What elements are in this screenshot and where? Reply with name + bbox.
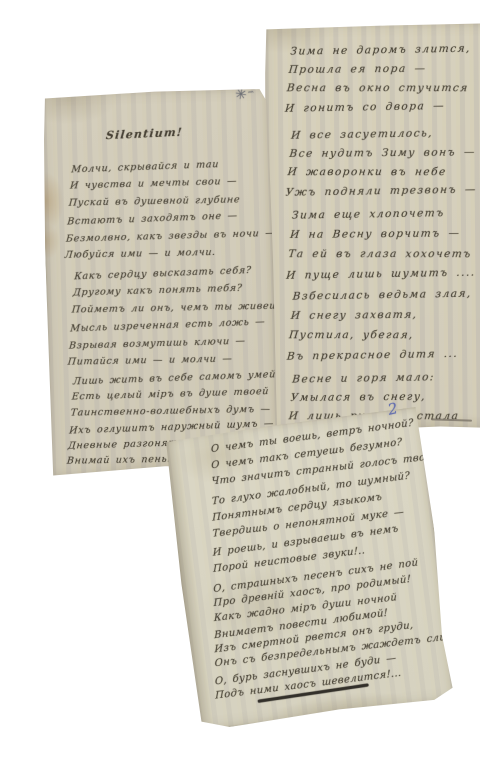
manuscript-line: Пустила, убегая, <box>288 325 469 345</box>
manuscript-page-zima: 5 Зима не даромъ злится, Прошла ея пора … <box>263 22 480 432</box>
manuscript-line: И на Весну ворчитъ — <box>289 223 480 245</box>
stanza: Какъ сердцу высказать себя? Другому какъ… <box>67 261 294 372</box>
manuscript-page-silentium: ✳‴‵ Silentium! Молчи, скрывайся и таи И … <box>41 87 280 477</box>
stanza: Зима не даромъ злится, Прошла ея пора — … <box>284 40 473 118</box>
manuscript-line: Въ прекрасное дитя ... <box>286 344 467 367</box>
manuscript-line: Ужъ подняли трезвонъ — <box>285 181 478 203</box>
stanza: И все засуетилось, Все нудитъ Зиму вонъ … <box>285 124 480 202</box>
manuscript-line: И пуще лишь шумитъ .... <box>285 263 476 286</box>
manuscript-line: И гонитъ со двора — <box>284 97 468 119</box>
manuscript-line: Взбесилась ведьма злая, <box>292 284 473 307</box>
manuscript-line: Весне и горя мало: <box>291 368 463 390</box>
stanza: Зима еще хлопочетъ И на Весну ворчитъ — … <box>285 203 480 285</box>
manuscript-line: Все нудитъ Зиму вонъ — <box>288 143 480 164</box>
manuscript-line: Та ей въ глаза хохочетъ <box>287 244 478 264</box>
stanza: О чемъ ты воешь, ветръ ночной? О чемъ та… <box>211 413 438 579</box>
stanza: Молчи, скрывайся и таи И чувства и мечты… <box>64 155 281 266</box>
manuscript-line: Зима не даромъ злится, <box>290 40 474 62</box>
manuscript-page-vetr: О чемъ ты воешь, ветръ ночной? О чемъ та… <box>163 407 455 731</box>
manuscript-line: И жаворонки въ небе <box>287 163 480 182</box>
manuscript-line: Умылася въ снегу, <box>290 387 463 408</box>
stanza: Взбесилась ведьма злая, И снегу захватя,… <box>286 284 473 366</box>
pencil-flourish: ‴‵ <box>248 91 253 101</box>
manuscript-line: Прошла ея пора — <box>288 59 472 80</box>
manuscript-line: Зима еще хлопочетъ <box>291 202 480 225</box>
manuscripts-photo: 5 Зима не даромъ злится, Прошла ея пора … <box>40 16 480 747</box>
manuscript-line: И все засуетилось, <box>290 123 480 145</box>
pencil-mark-icon: ✳‴‵ <box>234 86 255 105</box>
manuscript-line: Весна въ окно стучится <box>286 79 470 98</box>
manuscript-line: И снегу захватя, <box>290 304 471 326</box>
